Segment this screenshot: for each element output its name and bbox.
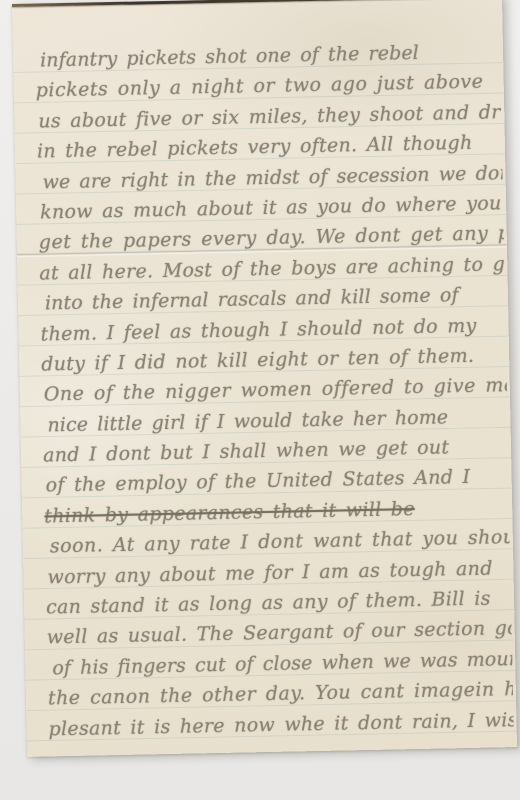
letter-page: infantry pickets shot one of the rebelpi… xyxy=(12,0,517,757)
letter-body: infantry pickets shot one of the rebelpi… xyxy=(35,36,514,756)
page-top-edge xyxy=(12,0,502,7)
scanner-background: infantry pickets shot one of the rebelpi… xyxy=(0,0,520,800)
